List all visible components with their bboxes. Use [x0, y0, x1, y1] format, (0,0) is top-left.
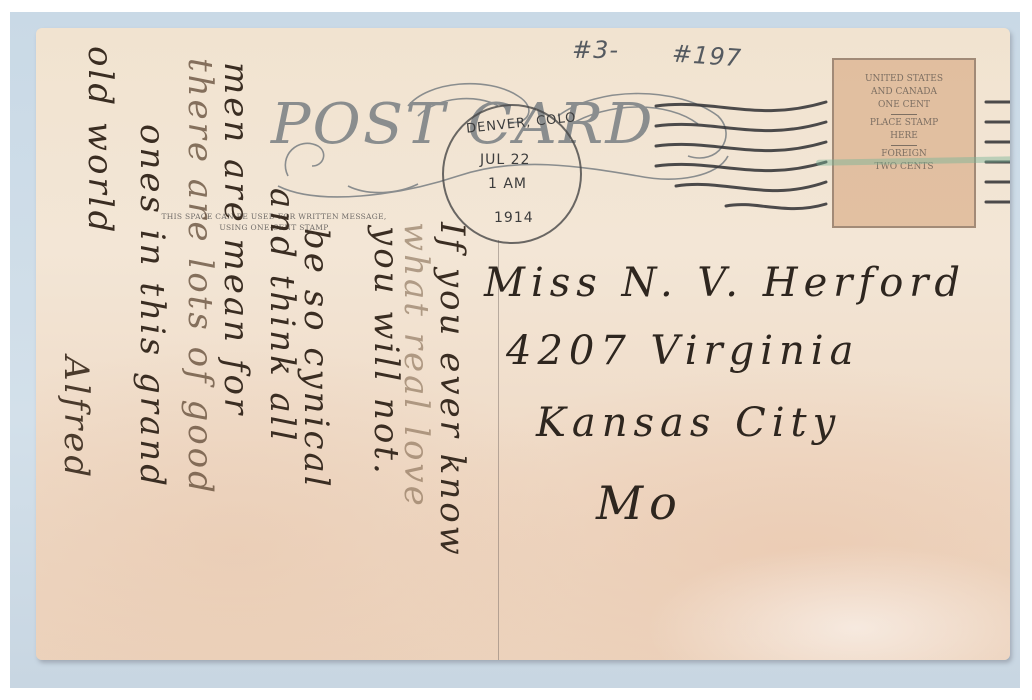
address-line-street: 4207 Virginia [506, 328, 859, 374]
address-line-name: Miss N. V. Herford [484, 260, 966, 306]
message-line-4: be so cynical [296, 228, 336, 490]
message-line-7: there are lots of good [180, 58, 220, 496]
address-line-city: Kansas City [536, 400, 841, 446]
message-line-3: you will not. [366, 226, 406, 477]
stamp-line-here: HERE [834, 130, 974, 143]
message-line-5: and think all [262, 188, 302, 444]
message-line-1: If you ever know [432, 222, 472, 558]
stamp-separator [891, 114, 917, 115]
message-line-8: ones in this grand [132, 124, 172, 489]
stamp-line-one-cent: ONE CENT [834, 99, 974, 112]
stamp-line-country: UNITED STATES [834, 73, 974, 86]
message-signature: Alfred [56, 356, 96, 480]
postmark-city: DENVER, COLO [466, 110, 578, 136]
message-line-9: old world [80, 46, 120, 235]
postcard: #3- #197 POST CARD THIS SPACE CAN BE USE… [36, 28, 1010, 660]
stamp-line-canada: AND CANADA [834, 86, 974, 99]
stamp-separator [891, 145, 917, 146]
stamp-line-place: PLACE STAMP [834, 117, 974, 130]
postmark-date: JUL 22 [480, 152, 530, 168]
message-line-6: men are mean for [216, 62, 256, 417]
postmark-year: 1914 [494, 210, 534, 226]
address-line-state: Mo [596, 476, 683, 530]
postmark-time: 1 AM [488, 176, 527, 192]
stamp-placement-box: UNITED STATES AND CANADA ONE CENT PLACE … [832, 58, 976, 228]
